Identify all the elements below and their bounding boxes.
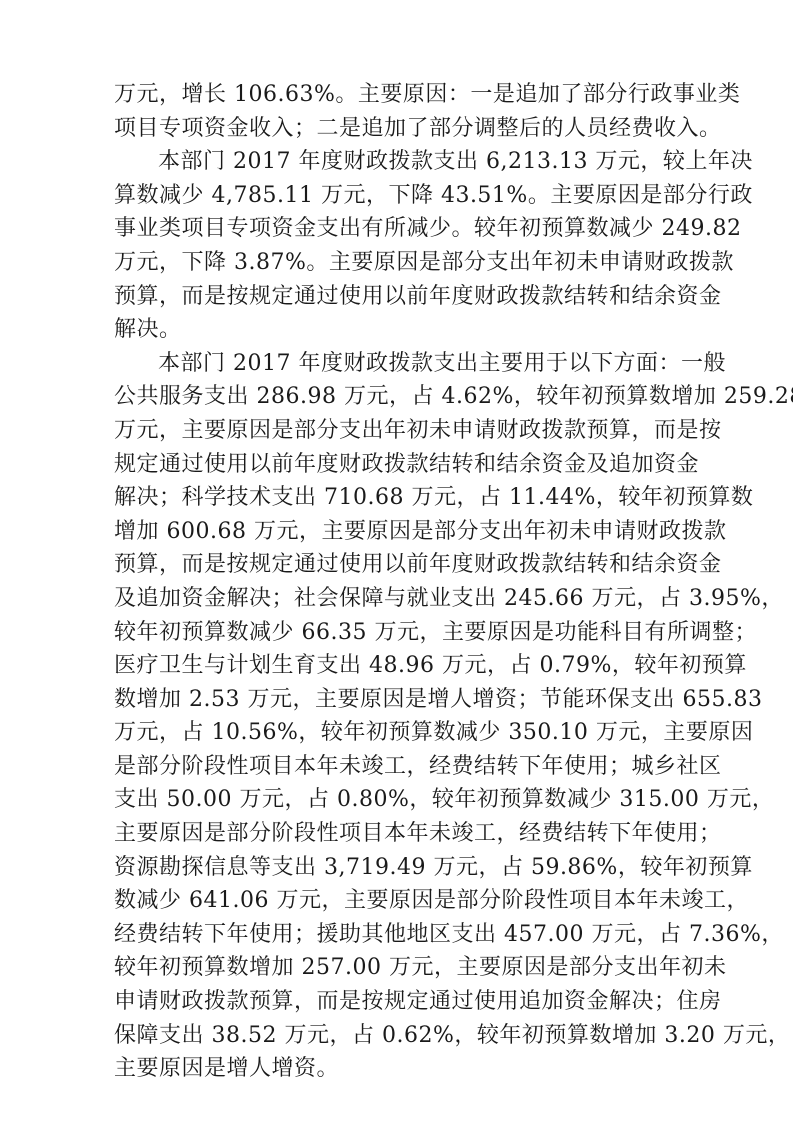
paragraph-expenditure-breakdown: 本部门 2017 年度财政拨款支出主要用于以下方面：一般 公共服务支出 286.… (114, 347, 682, 1086)
text-line: 较年初预算数减少 66.35 万元，主要原因是功能科目有所调整； (114, 616, 682, 650)
text-line: 本部门 2017 年度财政拨款支出主要用于以下方面：一般 (114, 347, 682, 381)
text-line: 增加 600.68 万元，主要原因是部分支出年初未申请财政拨款 (114, 515, 682, 549)
text-line: 及追加资金解决；社会保障与就业支出 245.66 万元，占 3.95%， (114, 582, 682, 616)
text-line: 万元，增长 106.63%。主要原因：一是追加了部分行政事业类 (114, 78, 682, 112)
paragraph-income-continued: 万元，增长 106.63%。主要原因：一是追加了部分行政事业类 项目专项资金收入… (114, 78, 682, 145)
text-line: 保障支出 38.52 万元，占 0.62%，较年初预算数增加 3.20 万元， (114, 1019, 682, 1053)
text-line: 算数减少 4,785.11 万元，下降 43.51%。主要原因是部分行政 (114, 179, 682, 213)
text-line: 事业类项目专项资金支出有所减少。较年初预算数减少 249.82 (114, 212, 682, 246)
text-line: 万元，主要原因是部分支出年初未申请财政拨款预算，而是按 (114, 414, 682, 448)
text-line: 资源勘探信息等支出 3,719.49 万元，占 59.86%，较年初预算 (114, 851, 682, 885)
document-page: 万元，增长 106.63%。主要原因：一是追加了部分行政事业类 项目专项资金收入… (114, 78, 682, 1086)
text-line: 解决；科学技术支出 710.68 万元，占 11.44%，较年初预算数 (114, 481, 682, 515)
paragraph-expenditure-total: 本部门 2017 年度财政拨款支出 6,213.13 万元，较上年决 算数减少 … (114, 145, 682, 347)
text-line: 数减少 641.06 万元，主要原因是部分阶段性项目本年未竣工， (114, 884, 682, 918)
text-line: 公共服务支出 286.98 万元，占 4.62%，较年初预算数增加 259.28 (114, 380, 682, 414)
text-line: 项目专项资金收入；二是追加了部分调整后的人员经费收入。 (114, 112, 682, 146)
text-line: 万元，下降 3.87%。主要原因是部分支出年初未申请财政拨款 (114, 246, 682, 280)
text-line: 医疗卫生与计划生育支出 48.96 万元，占 0.79%，较年初预算 (114, 649, 682, 683)
text-line: 本部门 2017 年度财政拨款支出 6,213.13 万元，较上年决 (114, 145, 682, 179)
text-line: 主要原因是增人增资。 (114, 1052, 682, 1086)
text-line: 是部分阶段性项目本年未竣工，经费结转下年使用；城乡社区 (114, 750, 682, 784)
text-line: 解决。 (114, 313, 682, 347)
text-line: 万元，占 10.56%，较年初预算数减少 350.10 万元，主要原因 (114, 716, 682, 750)
text-line: 主要原因是部分阶段性项目本年未竣工，经费结转下年使用； (114, 817, 682, 851)
text-line: 预算，而是按规定通过使用以前年度财政拨款结转和结余资金 (114, 280, 682, 314)
text-line: 支出 50.00 万元，占 0.80%，较年初预算数减少 315.00 万元， (114, 783, 682, 817)
text-line: 数增加 2.53 万元，主要原因是增人增资；节能环保支出 655.83 (114, 683, 682, 717)
text-line: 经费结转下年使用；援助其他地区支出 457.00 万元，占 7.36%， (114, 918, 682, 952)
text-line: 较年初预算数增加 257.00 万元，主要原因是部分支出年初未 (114, 951, 682, 985)
text-line: 规定通过使用以前年度财政拨款结转和结余资金及追加资金 (114, 448, 682, 482)
text-line: 预算，而是按规定通过使用以前年度财政拨款结转和结余资金 (114, 548, 682, 582)
text-line: 申请财政拨款预算，而是按规定通过使用追加资金解决；住房 (114, 985, 682, 1019)
